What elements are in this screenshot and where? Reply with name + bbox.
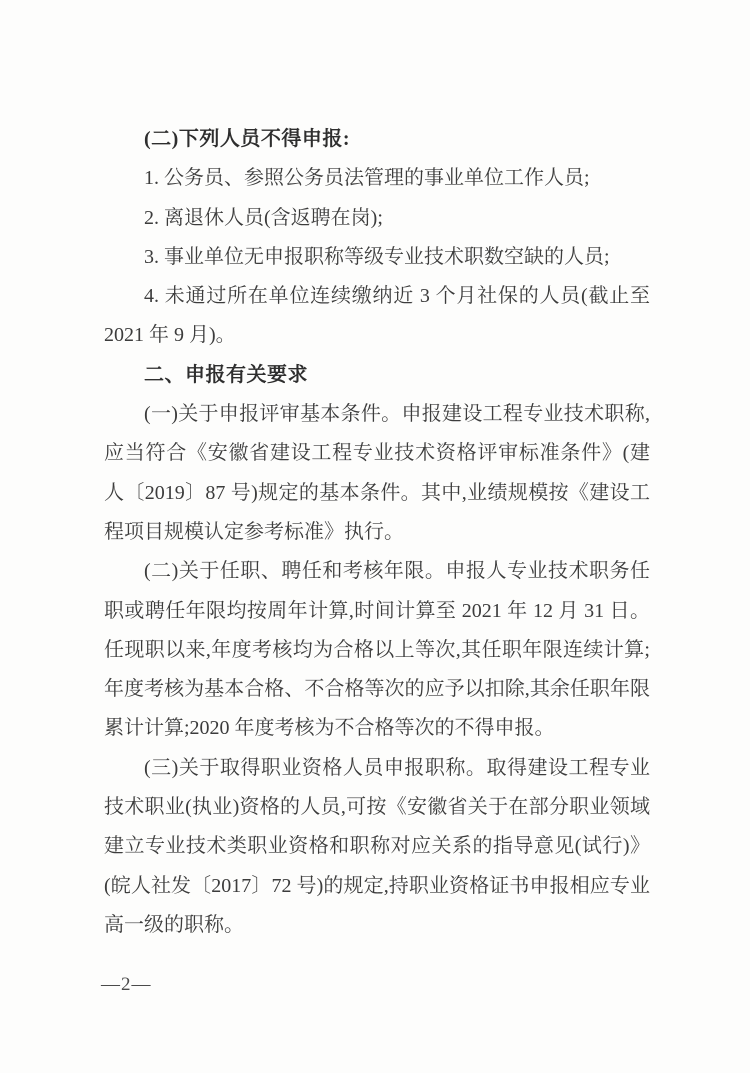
list-item-2: 2. 离退休人员(含返聘在岗); [104,199,650,238]
list-item-4: 4. 未通过所在单位连续缴纳近 3 个月社保的人员(截止至2021 年 9 月)… [104,277,650,356]
paragraph-professional-qualification: (三)关于取得职业资格人员申报职称。取得建设工程专业技术职业(执业)资格的人员,… [104,749,650,945]
document-page: (二)下列人员不得申报: 1. 公务员、参照公务员法管理的事业单位工作人员; 2… [0,0,750,1073]
section-heading-application-requirements: 二、申报有关要求 [104,356,650,395]
page-number: —2— [101,974,152,996]
list-item-1: 1. 公务员、参照公务员法管理的事业单位工作人员; [104,159,650,198]
paragraph-tenure-and-assessment: (二)关于任职、聘任和考核年限。申报人专业技术职务任职或聘任年限均按周年计算,时… [104,552,650,748]
paragraph-basic-conditions: (一)关于申报评审基本条件。申报建设工程专业技术职称,应当符合《安徽省建设工程专… [104,395,650,552]
document-body: (二)下列人员不得申报: 1. 公务员、参照公务员法管理的事业单位工作人员; 2… [104,120,650,945]
list-item-3: 3. 事业单位无申报职称等级专业技术职数空缺的人员; [104,238,650,277]
section-heading-2-restricted-applicants: (二)下列人员不得申报: [104,120,650,159]
